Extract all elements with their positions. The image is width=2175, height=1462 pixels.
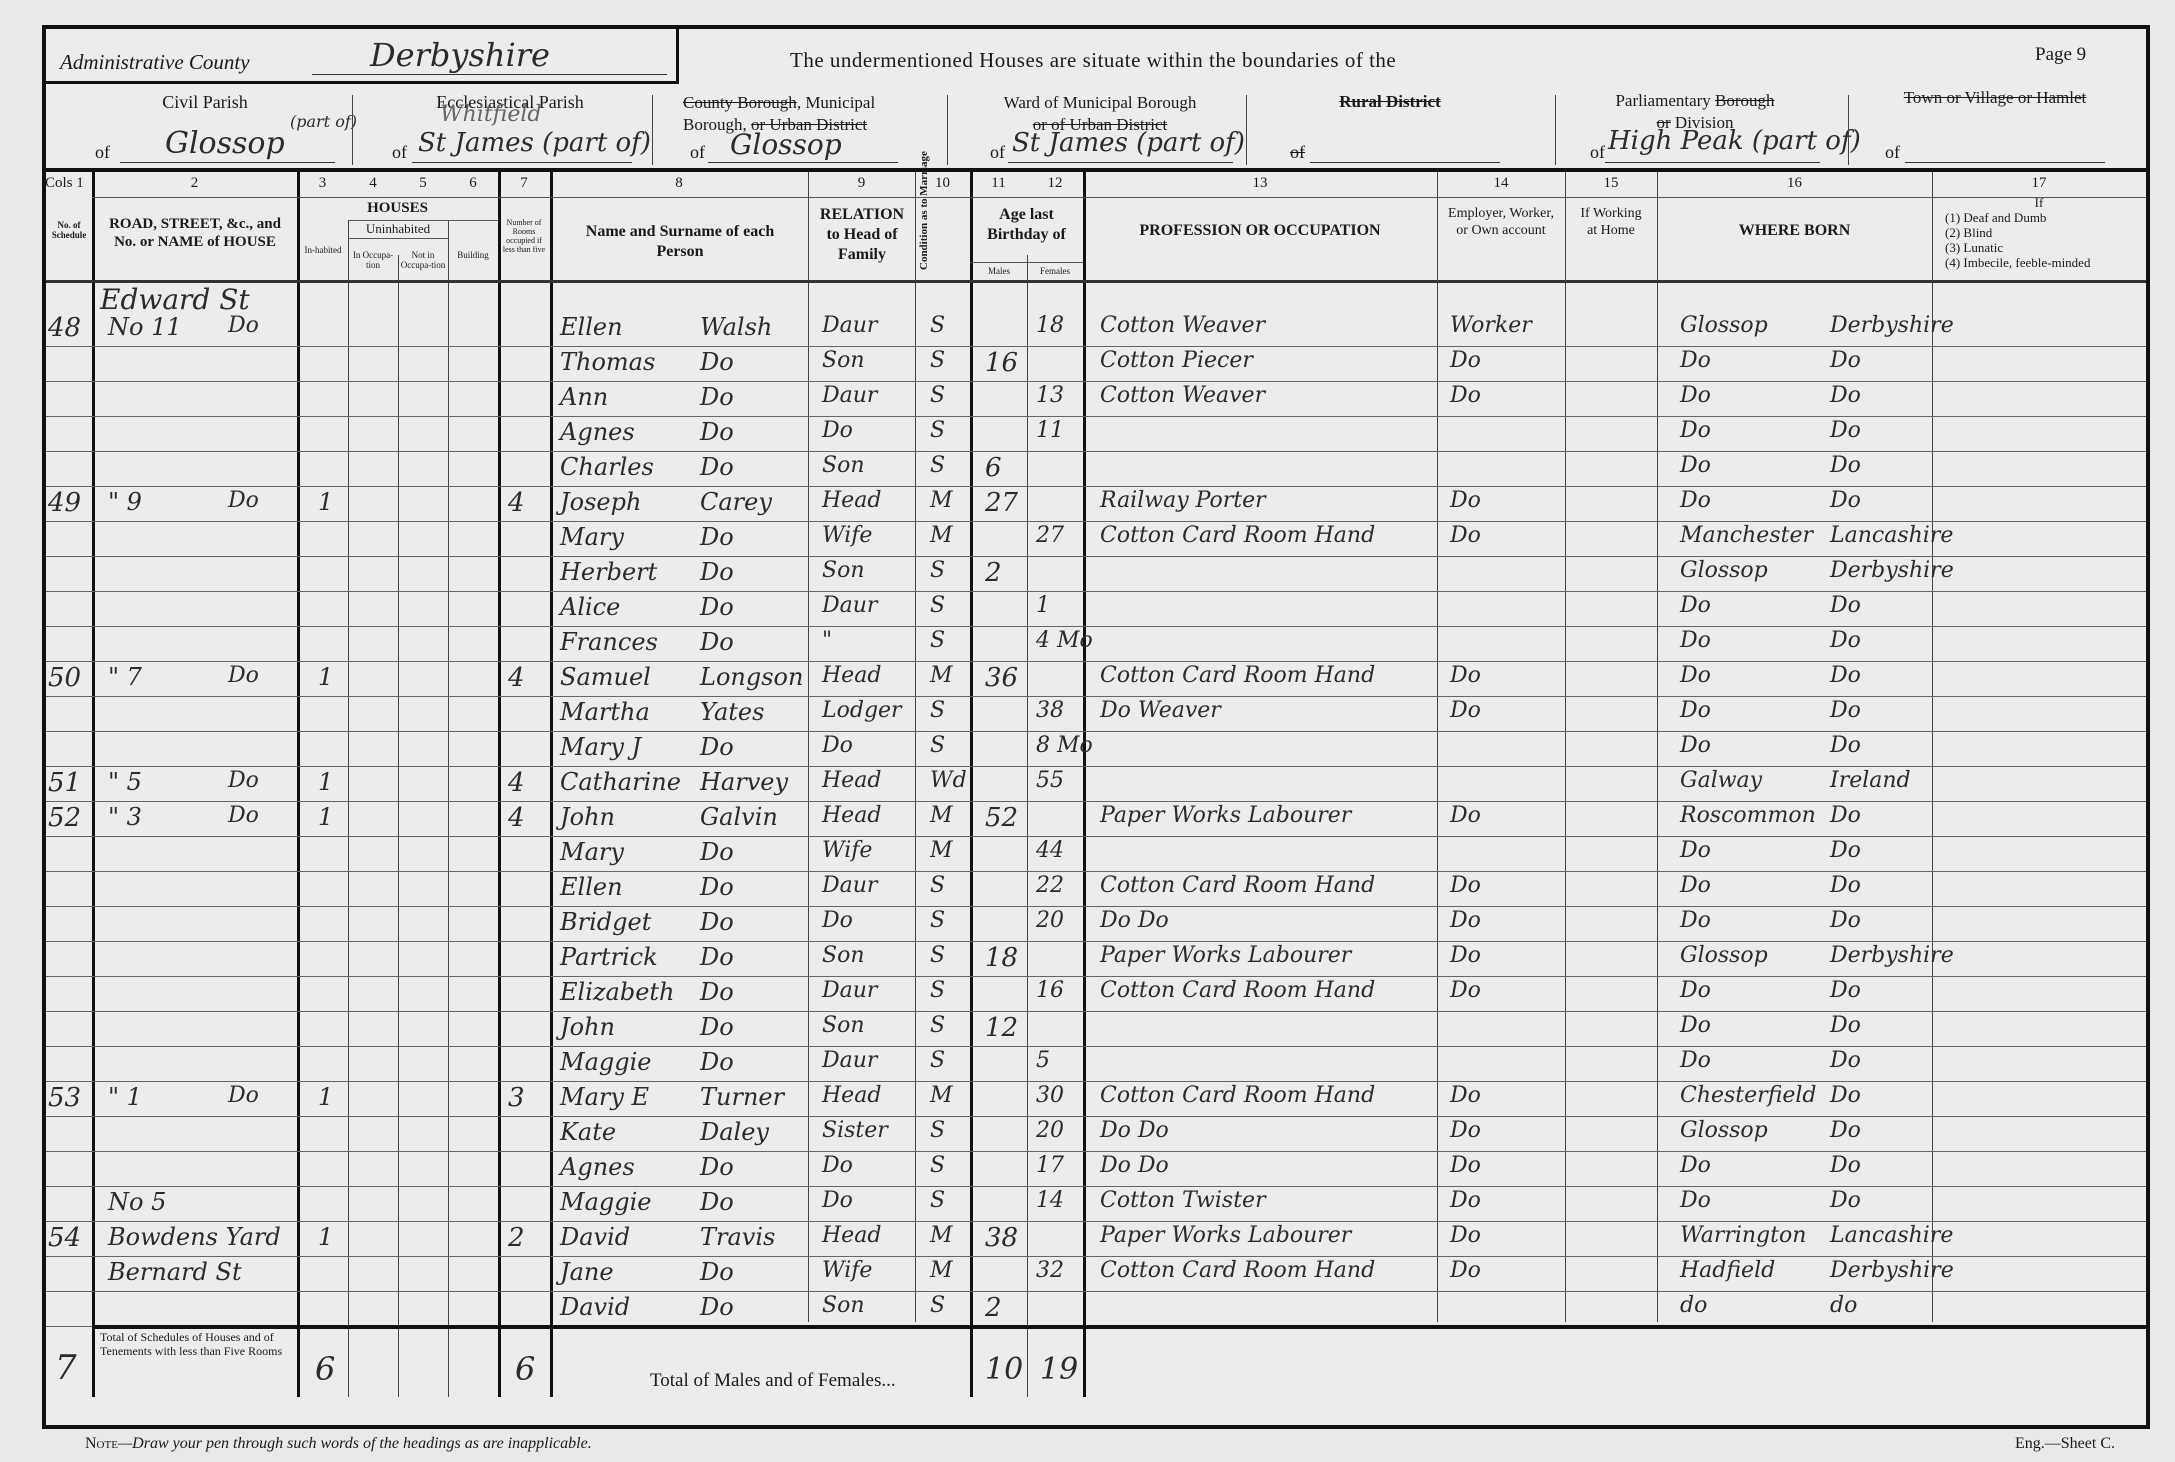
birthplace-county: Do	[1830, 453, 1861, 478]
first-name: Mary	[560, 838, 624, 866]
first-name: Samuel	[560, 663, 651, 691]
col-num-8: 8	[550, 175, 808, 192]
marital-condition: S	[930, 313, 945, 338]
age-female: 11	[1036, 418, 1064, 443]
birthplace-town: Galway	[1680, 768, 1762, 793]
road-ditto: Do	[228, 768, 259, 793]
row-rule	[46, 1081, 2146, 1082]
occupation: Cotton Card Room Hand	[1100, 663, 1375, 688]
occupation: Do Do	[1100, 1118, 1169, 1143]
col-head-age: Age last Birthday of	[975, 205, 1078, 245]
ward-value: St James (part of)	[1012, 128, 1245, 158]
rooms-count: 4	[508, 488, 525, 518]
divider	[947, 95, 948, 165]
col-num-14: 14	[1437, 175, 1565, 192]
birthplace-town: Do	[1680, 1153, 1711, 1178]
col-head-building: Building	[450, 250, 496, 260]
civil-parish-note: (part of)	[290, 112, 357, 131]
surname: Walsh	[700, 313, 772, 341]
marital-condition: M	[930, 838, 953, 863]
row-rule	[46, 591, 2146, 592]
relation: Son	[822, 943, 865, 968]
first-name: Mary	[560, 523, 624, 551]
birthplace-county: do	[1830, 1293, 1857, 1318]
col-line	[398, 255, 399, 1397]
row-rule	[46, 906, 2146, 907]
birthplace-town: Glossop	[1680, 558, 1768, 583]
first-name: Mary J	[560, 733, 641, 761]
marital-condition: S	[930, 348, 945, 373]
first-name: Agnes	[560, 1153, 635, 1181]
surname: Do	[700, 873, 734, 901]
totals-persons-label: Total of Males and of Females...	[650, 1370, 896, 1392]
divider	[1246, 95, 1247, 165]
age-male: 2	[985, 558, 1002, 588]
marital-condition: S	[930, 873, 945, 898]
first-name: Ellen	[560, 873, 623, 901]
surname: Do	[700, 1013, 734, 1041]
schedule-number: 53	[48, 1083, 81, 1113]
marital-condition: M	[930, 1258, 953, 1283]
age-female: 4 Mo	[1036, 628, 1093, 653]
marital-condition: M	[930, 663, 953, 688]
col-head-schedule: No. of Schedule	[46, 220, 92, 240]
col-head-name: Name and Surname of each Person	[570, 222, 790, 262]
marital-condition: S	[930, 593, 945, 618]
surname: Carey	[700, 488, 772, 516]
marital-condition: S	[930, 978, 945, 1003]
civil-parish-underline	[120, 162, 335, 163]
marital-condition: M	[930, 488, 953, 513]
birthplace-town: Do	[1680, 698, 1711, 723]
first-name: John	[560, 1013, 615, 1041]
first-name: Agnes	[560, 418, 635, 446]
row-rule	[46, 696, 2146, 697]
birthplace-town: Do	[1680, 1013, 1711, 1038]
surname: Do	[700, 1258, 734, 1286]
birthplace-county: Derbyshire	[1830, 1258, 1954, 1283]
schedule-number: 50	[48, 663, 81, 693]
employer-status: Do	[1450, 873, 1481, 898]
row-rule	[46, 1151, 2146, 1152]
birthplace-town: Do	[1680, 908, 1711, 933]
birthplace-town: Do	[1680, 978, 1711, 1003]
relation: Do	[822, 733, 853, 758]
birthplace-county: Do	[1830, 1118, 1861, 1143]
marital-condition: S	[930, 908, 945, 933]
occupation: Cotton Card Room Hand	[1100, 1258, 1375, 1283]
col-num-1: Cols 1	[45, 175, 84, 192]
col-head-employer: Employer, Worker, or Own account	[1445, 205, 1557, 239]
road-house-number: " 1	[108, 1083, 142, 1111]
relation: Son	[822, 558, 865, 583]
surname: Do	[700, 418, 734, 446]
birthplace-county: Do	[1830, 1013, 1861, 1038]
birthplace-town: Manchester	[1680, 523, 1813, 548]
col-line	[550, 172, 553, 1397]
surname: Do	[700, 453, 734, 481]
divider	[352, 95, 353, 165]
col-head-infirm: (1) Deaf and Dumb (2) Blind (3) Lunatic …	[1945, 210, 2090, 270]
employer-status: Do	[1450, 1223, 1481, 1248]
col-line	[92, 172, 95, 1397]
first-name: Elizabeth	[560, 978, 675, 1006]
birthplace-county: Do	[1830, 1083, 1861, 1108]
birthplace-town: Do	[1680, 628, 1711, 653]
occupation: Cotton Twister	[1100, 1188, 1266, 1213]
row-rule	[46, 521, 2146, 522]
age-rule	[970, 262, 1083, 263]
birthplace-town: Do	[1680, 418, 1711, 443]
marital-condition: M	[930, 1223, 953, 1248]
employer-status: Worker	[1450, 313, 1532, 338]
age-male: 2	[985, 1293, 1002, 1323]
col-line	[1565, 172, 1566, 1322]
age-female: 14	[1036, 1188, 1064, 1213]
employer-status: Do	[1450, 978, 1481, 1003]
admin-county-label: Administrative County	[60, 50, 250, 75]
infirm-1: (1) Deaf and Dumb	[1945, 210, 2090, 225]
birthplace-town: Do	[1680, 733, 1711, 758]
row-rule	[46, 1256, 2146, 1257]
relation: Daur	[822, 593, 877, 618]
row-rule	[46, 766, 2146, 767]
first-name: Joseph	[560, 488, 641, 516]
relation: Do	[822, 1153, 853, 1178]
birthplace-town: Do	[1680, 348, 1711, 373]
birthplace-county: Ireland	[1830, 768, 1911, 793]
first-name: David	[560, 1223, 630, 1251]
relation: Head	[822, 1223, 881, 1248]
age-female: 20	[1036, 908, 1064, 933]
first-name: David	[560, 1293, 630, 1321]
marital-condition: S	[930, 453, 945, 478]
age-female: 17	[1036, 1153, 1064, 1178]
marital-condition: S	[930, 1118, 945, 1143]
infirm-2: (2) Blind	[1945, 225, 2090, 240]
col-line	[1657, 172, 1658, 1322]
birthplace-town: Do	[1680, 873, 1711, 898]
birthplace-county: Do	[1830, 978, 1861, 1003]
road-ditto: Do	[228, 488, 259, 513]
marital-condition: S	[930, 558, 945, 583]
divider	[1848, 95, 1849, 165]
birthplace-county: Lancashire	[1830, 1223, 1953, 1248]
uninhabited-rule	[348, 238, 448, 239]
surname: Do	[700, 908, 734, 936]
birthplace-town: Chesterfield	[1680, 1083, 1817, 1108]
relation: Head	[822, 488, 881, 513]
row-rule	[46, 976, 2146, 977]
age-female: 13	[1036, 383, 1064, 408]
age-male: 27	[985, 488, 1018, 518]
col-line	[1437, 172, 1438, 1322]
birthplace-county: Do	[1830, 1048, 1861, 1073]
col-head-relation: RELATION to Head of Family	[812, 205, 912, 265]
occupation: Railway Porter	[1100, 488, 1266, 513]
schedule-number: 49	[48, 488, 81, 518]
road-ditto: Do	[228, 663, 259, 688]
occupation: Cotton Card Room Hand	[1100, 873, 1375, 898]
borough-of: of	[690, 142, 705, 163]
birthplace-county: Do	[1830, 593, 1861, 618]
row-rule	[46, 1011, 2146, 1012]
col-num-17: 17	[1932, 175, 2146, 192]
sheet-label: Eng.—Sheet C.	[2015, 1435, 2115, 1453]
relation: Wife	[822, 838, 872, 863]
col-line	[808, 172, 809, 1322]
employer-status: Do	[1450, 1153, 1481, 1178]
age-male: 6	[985, 453, 1002, 483]
col-line	[1027, 255, 1028, 1397]
street-heading: Edward St	[100, 283, 250, 316]
road-ditto: Do	[228, 313, 259, 338]
col-head-houses: HOUSES	[297, 200, 498, 217]
surname: Do	[700, 628, 734, 656]
birthplace-town: Do	[1680, 383, 1711, 408]
relation: Son	[822, 1293, 865, 1318]
eccl-parish-underline	[412, 162, 632, 163]
age-male: 16	[985, 348, 1018, 378]
age-female: 16	[1036, 978, 1064, 1003]
eccl-parish-of: of	[392, 142, 407, 163]
birthplace-county: Do	[1830, 383, 1861, 408]
totals-rule	[92, 1325, 2146, 1329]
birthplace-county: Do	[1830, 733, 1861, 758]
borough-label-struck: County Borough	[683, 93, 797, 112]
infirm-3: (3) Lunatic	[1945, 240, 2090, 255]
row-rule	[46, 346, 2146, 347]
age-female: 38	[1036, 698, 1064, 723]
col-num-15: 15	[1565, 175, 1657, 192]
first-name: Frances	[560, 628, 658, 656]
birthplace-county: Do	[1830, 1153, 1861, 1178]
relation: Son	[822, 348, 865, 373]
birthplace-town: Do	[1680, 1188, 1711, 1213]
relation: Head	[822, 663, 881, 688]
marital-condition: S	[930, 418, 945, 443]
totals-label: Total of Schedules of Houses and of Tene…	[100, 1330, 290, 1358]
marital-condition: S	[930, 1188, 945, 1213]
col-line	[915, 172, 916, 1322]
totals-females: 19	[1040, 1352, 1078, 1387]
col-head-road: ROAD, STREET, &c., and No. or NAME of HO…	[100, 215, 290, 251]
inhabited-count: 1	[318, 1223, 333, 1251]
birthplace-county: Do	[1830, 348, 1861, 373]
employer-status: Do	[1450, 908, 1481, 933]
age-female: 32	[1036, 1258, 1064, 1283]
birthplace-county: Do	[1830, 418, 1861, 443]
surname: Do	[700, 838, 734, 866]
age-male: 52	[985, 803, 1018, 833]
rural-district-label: Rural District	[1300, 92, 1480, 112]
birthplace-town: Do	[1680, 1048, 1711, 1073]
occupation: Do Weaver	[1100, 698, 1221, 723]
schedule-number: 51	[48, 768, 81, 798]
relation: Daur	[822, 978, 877, 1003]
schedule-number: 54	[48, 1223, 81, 1253]
marital-condition: S	[930, 733, 945, 758]
surname: Do	[700, 978, 734, 1006]
road-house-number: Bernard St	[108, 1258, 242, 1286]
schedule-number: 52	[48, 803, 81, 833]
surname: Yates	[700, 698, 764, 726]
age-female: 18	[1036, 313, 1064, 338]
employer-status: Do	[1450, 663, 1481, 688]
first-name: Bridget	[560, 908, 651, 936]
row-rule	[46, 626, 2146, 627]
col-head-born: WHERE BORN	[1657, 222, 1932, 240]
civil-parish-value: Glossop	[165, 126, 285, 161]
col-line	[498, 172, 501, 1397]
surname: Harvey	[700, 768, 788, 796]
col-head-females: Females	[1028, 266, 1082, 276]
parl-underline	[1605, 162, 1820, 163]
employer-status: Do	[1450, 348, 1481, 373]
birthplace-county: Do	[1830, 698, 1861, 723]
road-ditto: Do	[228, 803, 259, 828]
first-name: Mary E	[560, 1083, 649, 1111]
road-house-number: " 5	[108, 768, 142, 796]
town-of: of	[1885, 142, 1900, 163]
row-rule	[46, 871, 2146, 872]
borough-underline	[708, 162, 898, 163]
age-male: 38	[985, 1223, 1018, 1253]
col-num-7: 7	[498, 175, 550, 192]
borough-value: Glossop	[730, 128, 842, 161]
col-line	[297, 172, 300, 1397]
age-female: 44	[1036, 838, 1064, 863]
birthplace-town: Glossop	[1680, 943, 1768, 968]
relation: Lodger	[822, 698, 902, 723]
first-name: Thomas	[560, 348, 655, 376]
age-female: 30	[1036, 1083, 1064, 1108]
birthplace-county: Do	[1830, 628, 1861, 653]
birthplace-town: Glossop	[1680, 313, 1768, 338]
col-num-5: 5	[398, 175, 448, 192]
birthplace-county: Derbyshire	[1830, 313, 1954, 338]
age-male: 36	[985, 663, 1018, 693]
rooms-count: 3	[508, 1083, 525, 1113]
row-rule	[46, 1046, 2146, 1047]
surname: Do	[700, 348, 734, 376]
road-house-number: " 9	[108, 488, 142, 516]
row-rule	[46, 1186, 2146, 1187]
employer-status: Do	[1450, 1258, 1481, 1283]
marital-condition: S	[930, 628, 945, 653]
rooms-count: 4	[508, 803, 525, 833]
first-name: Charles	[560, 453, 654, 481]
relation: "	[822, 628, 832, 653]
rural-of: of	[1290, 142, 1305, 163]
col-head-condition: Condition as to Marriage	[918, 180, 930, 270]
row-rule	[46, 801, 2146, 802]
town-underline	[1905, 162, 2105, 163]
employer-status: Do	[1450, 523, 1481, 548]
surname: Do	[700, 523, 734, 551]
col-head-occupation: PROFESSION OR OCCUPATION	[1083, 222, 1437, 240]
first-name: Martha	[560, 698, 650, 726]
relation: Wife	[822, 523, 872, 548]
marital-condition: S	[930, 383, 945, 408]
occupation: Cotton Card Room Hand	[1100, 978, 1375, 1003]
birthplace-town: Warrington	[1680, 1223, 1806, 1248]
inhabited-count: 1	[318, 803, 333, 831]
age-female: 8 Mo	[1036, 733, 1093, 758]
age-female: 1	[1036, 593, 1050, 618]
road-house-number: No 5	[108, 1188, 166, 1216]
row-rule	[46, 836, 2146, 837]
birthplace-town: Do	[1680, 838, 1711, 863]
employer-status: Do	[1450, 1083, 1481, 1108]
col-head-males: Males	[972, 266, 1026, 276]
surname: Do	[700, 1188, 734, 1216]
surname: Do	[700, 1153, 734, 1181]
parl-label-struck: Borough	[1715, 91, 1775, 110]
divider	[1555, 95, 1556, 165]
marital-condition: S	[930, 943, 945, 968]
relation: Daur	[822, 1048, 877, 1073]
relation: Wife	[822, 1258, 872, 1283]
marital-condition: M	[930, 1083, 953, 1108]
col-num-12: 12	[1027, 175, 1083, 192]
relation: Head	[822, 803, 881, 828]
ward-label-a: Ward of Municipal Borough	[1004, 93, 1197, 112]
birthplace-county: Do	[1830, 908, 1861, 933]
admin-county-value: Derbyshire	[370, 36, 550, 74]
surname: Do	[700, 1293, 734, 1321]
col-num-4: 4	[348, 175, 398, 192]
footer-note-text: —Draw your pen through such words of the…	[118, 1435, 592, 1452]
age-female: 55	[1036, 768, 1064, 793]
first-name: Partrick	[560, 943, 658, 971]
first-name: Jane	[560, 1258, 614, 1286]
civil-parish-label: Civil Parish	[115, 92, 295, 113]
inhabited-count: 1	[318, 663, 333, 691]
col-head-not-in-occupation: Not in Occupa-tion	[400, 250, 446, 270]
birthplace-county: Derbyshire	[1830, 558, 1954, 583]
surname: Do	[700, 1048, 734, 1076]
footer-note: Note—Draw your pen through such words of…	[85, 1435, 592, 1453]
divider	[652, 95, 653, 165]
first-name: Herbert	[560, 558, 657, 586]
surname: Do	[700, 383, 734, 411]
schedule-number: 48	[48, 313, 81, 343]
surname: Do	[700, 558, 734, 586]
marital-condition: Wd	[930, 768, 967, 793]
surname: Daley	[700, 1118, 769, 1146]
employer-status: Do	[1450, 1118, 1481, 1143]
marital-condition: S	[930, 1013, 945, 1038]
col-line	[970, 172, 973, 1397]
ward-underline	[1008, 162, 1233, 163]
row-rule	[46, 731, 2146, 732]
surname: Do	[700, 943, 734, 971]
surname: Turner	[700, 1083, 784, 1111]
rooms-count: 4	[508, 768, 525, 798]
relation: Do	[822, 908, 853, 933]
birthplace-county: Lancashire	[1830, 523, 1953, 548]
row-rule	[46, 1221, 2146, 1222]
first-name: Maggie	[560, 1188, 652, 1216]
totals-schedules: 7	[55, 1348, 77, 1388]
col-num-13: 13	[1083, 175, 1437, 192]
road-house-number: " 3	[108, 803, 142, 831]
row-rule	[46, 556, 2146, 557]
birthplace-county: Do	[1830, 488, 1861, 513]
borough-label-a: , Municipal	[797, 93, 875, 112]
marital-condition: S	[930, 1293, 945, 1318]
